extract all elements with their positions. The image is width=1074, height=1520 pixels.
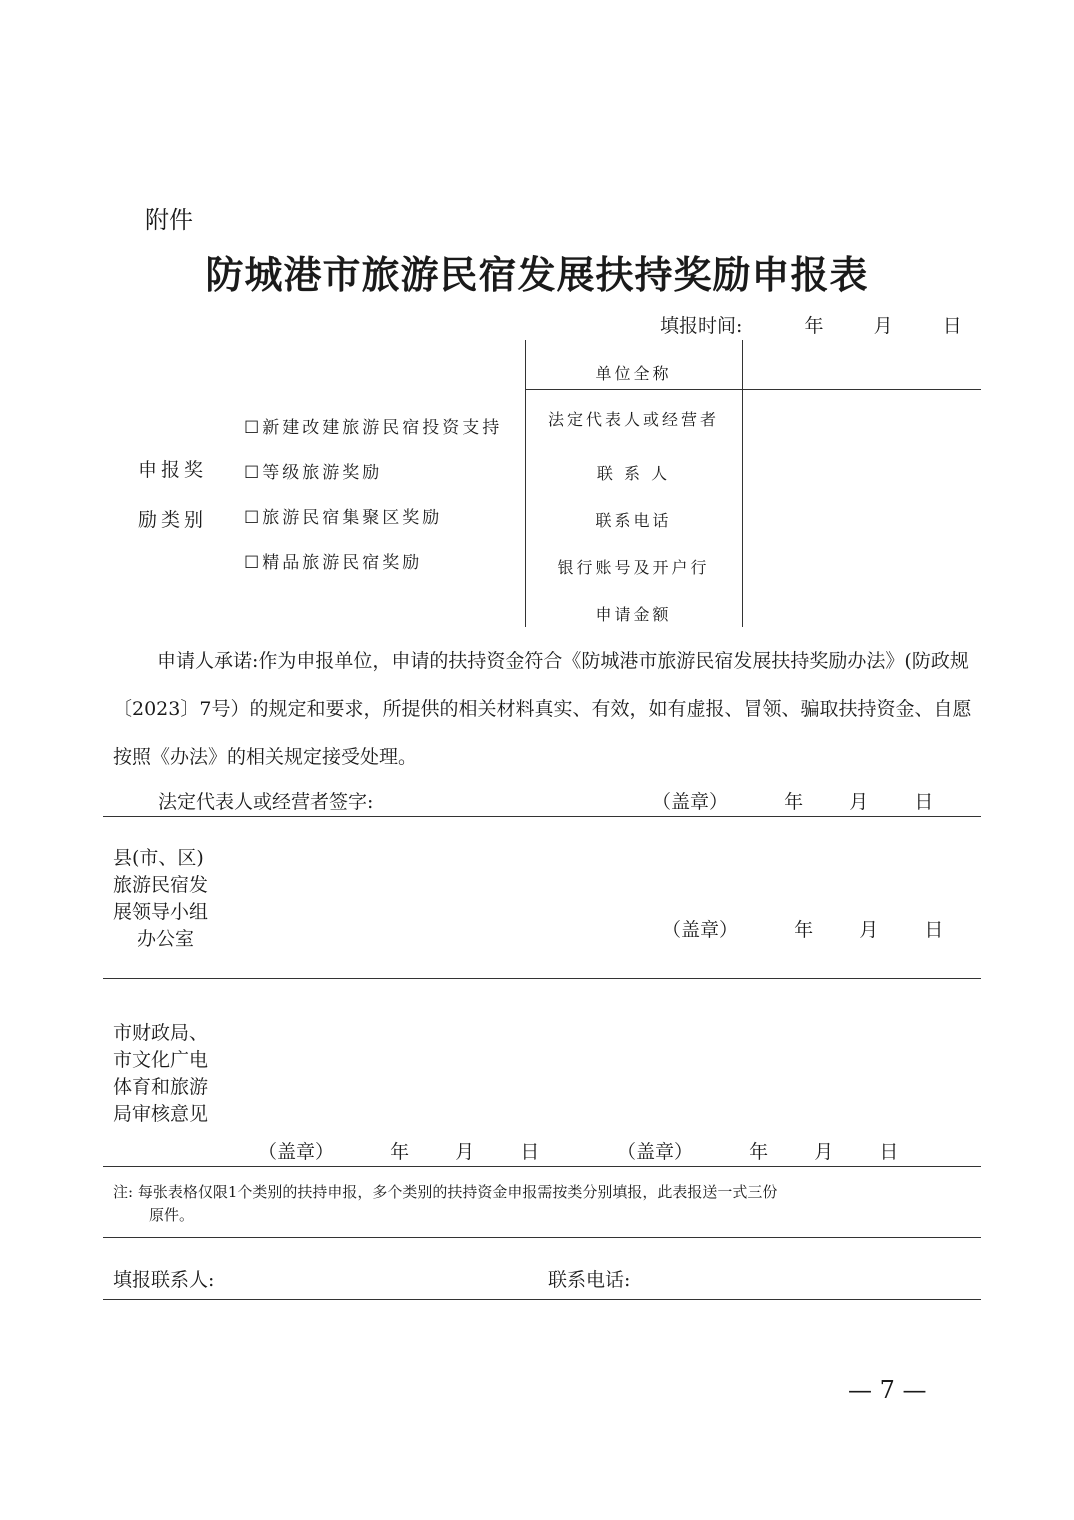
commitment-year[interactable]: 年	[784, 787, 803, 814]
divider	[103, 978, 981, 979]
divider	[103, 816, 981, 817]
finance-seal-date: （盖章） 年 月 日	[258, 1137, 539, 1164]
signature-label: 法定代表人或经营者签字:	[158, 787, 373, 814]
checkbox-icon[interactable]: ☐	[244, 463, 262, 483]
filler-phone-label: 联系电话:	[548, 1265, 630, 1292]
culture-month[interactable]: 月	[814, 1137, 833, 1164]
attachment-label: 附件	[145, 200, 193, 235]
field-label-bank-account: 银行账号及开户行	[525, 555, 742, 578]
culture-day[interactable]: 日	[879, 1137, 898, 1164]
page-number: — 7 —	[848, 1376, 927, 1404]
field-input-bank-account[interactable]	[750, 547, 980, 583]
county-month[interactable]: 月	[859, 915, 878, 942]
culture-year[interactable]: 年	[749, 1137, 768, 1164]
field-input-amount[interactable]	[750, 594, 980, 627]
field-input-contact-person[interactable]	[750, 452, 980, 488]
county-year[interactable]: 年	[794, 915, 813, 942]
award-category-label-2: 励类别	[138, 505, 207, 532]
award-option-cluster[interactable]: ☐旅游民宿集聚区奖励	[244, 503, 442, 528]
award-option-boutique[interactable]: ☐精品旅游民宿奖励	[244, 548, 422, 573]
award-option-investment[interactable]: ☐新建改建旅游民宿投资支持	[244, 413, 502, 438]
finance-day[interactable]: 日	[520, 1137, 539, 1164]
field-label-contact-person: 联 系 人	[525, 461, 742, 484]
checkbox-icon[interactable]: ☐	[244, 508, 262, 528]
seal-label: （盖章）	[662, 915, 738, 942]
field-label-amount: 申请金额	[525, 602, 742, 625]
commitment-text: 申请人承诺:作为申报单位，申请的扶持资金符合《防城港市旅游民宿发展扶持奖励办法》…	[113, 637, 983, 781]
fill-date-month[interactable]: 月	[874, 311, 893, 338]
filler-phone-input[interactable]	[645, 1262, 975, 1290]
fill-date: 填报时间: 年 月 日	[660, 311, 962, 338]
award-category-label-1: 申报奖	[138, 455, 207, 482]
table-row-divider	[525, 389, 981, 390]
fill-date-day[interactable]: 日	[943, 311, 962, 338]
seal-label: （盖章）	[652, 787, 728, 814]
finance-month[interactable]: 月	[455, 1137, 474, 1164]
note-prefix: 注:	[113, 1183, 133, 1201]
county-seal-date: （盖章） 年 月 日	[662, 915, 943, 942]
filler-contact-label: 填报联系人:	[113, 1265, 214, 1292]
page-title: 防城港市旅游民宿发展扶持奖励申报表	[0, 244, 1074, 299]
table-divider-right	[742, 340, 743, 627]
fill-date-year[interactable]: 年	[805, 311, 824, 338]
fill-date-label: 填报时间:	[660, 311, 742, 338]
county-day[interactable]: 日	[924, 915, 943, 942]
commitment-month[interactable]: 月	[849, 787, 868, 814]
finance-year[interactable]: 年	[390, 1137, 409, 1164]
divider	[103, 1299, 981, 1300]
field-input-contact-phone[interactable]	[750, 500, 980, 536]
field-label-unit-name: 单位全称	[525, 361, 742, 384]
note: 注: 每张表格仅限1个类别的扶持申报，多个类别的扶持资金申报需按类分别填报，此表…	[113, 1181, 973, 1227]
checkbox-icon[interactable]: ☐	[244, 553, 262, 573]
seal-label: （盖章）	[258, 1137, 334, 1164]
divider	[103, 1166, 981, 1167]
city-review-label: 市财政局、 市文化广电 体育和旅游 局审核意见	[113, 1020, 233, 1128]
county-review-label: 县(市、区) 旅游民宿发 展领导小组 办公室	[113, 845, 233, 953]
seal-label: （盖章）	[617, 1137, 693, 1164]
field-label-legal-rep: 法定代表人或经营者	[525, 407, 742, 430]
award-option-grade[interactable]: ☐等级旅游奖励	[244, 458, 382, 483]
commitment-seal-date: （盖章） 年 月 日	[652, 787, 933, 814]
filler-contact-input[interactable]	[235, 1262, 515, 1290]
checkbox-icon[interactable]: ☐	[244, 418, 262, 438]
field-input-legal-rep[interactable]	[750, 400, 980, 436]
commitment-day[interactable]: 日	[914, 787, 933, 814]
field-input-unit-name[interactable]	[750, 345, 980, 385]
culture-seal-date: （盖章） 年 月 日	[617, 1137, 898, 1164]
divider	[103, 1237, 981, 1238]
field-label-contact-phone: 联系电话	[525, 508, 742, 531]
